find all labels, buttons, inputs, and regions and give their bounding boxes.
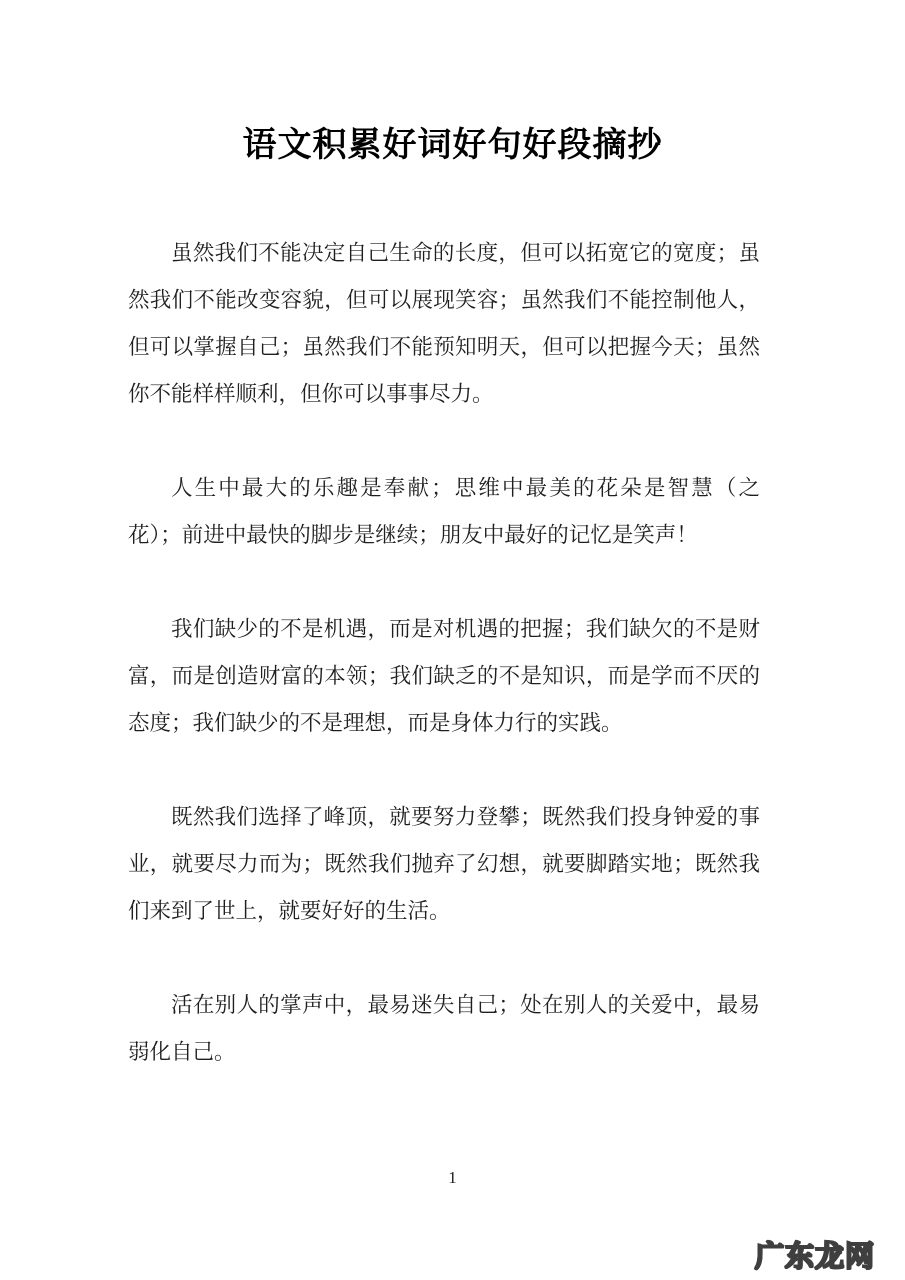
paragraph-1: 虽然我们不能决定自己生命的长度，但可以拓宽它的宽度；虽然我们不能改变容貌，但可以…	[128, 230, 760, 418]
document-title: 语文积累好词好句好段摘抄	[0, 126, 905, 164]
paragraph-4: 既然我们选择了峰顶，就要努力登攀；既然我们投身钟爱的事业，就要尽力而为；既然我们…	[128, 794, 760, 935]
page-number: 1	[0, 1168, 905, 1188]
paragraph-5: 活在别人的掌声中，最易迷失自己；处在别人的关爱中，最易弱化自己。	[128, 982, 760, 1076]
watermark: 广东龙网	[755, 1234, 875, 1275]
document-body: 虽然我们不能决定自己生命的长度，但可以拓宽它的宽度；虽然我们不能改变容貌，但可以…	[0, 230, 905, 1076]
paragraph-3: 我们缺少的不是机遇，而是对机遇的把握；我们缺欠的不是财富，而是创造财富的本领；我…	[128, 606, 760, 747]
document-page: 语文积累好词好句好段摘抄 虽然我们不能决定自己生命的长度，但可以拓宽它的宽度；虽…	[0, 0, 905, 1280]
paragraph-2: 人生中最大的乐趣是奉献；思维中最美的花朵是智慧（之花）；前进中最快的脚步是继续；…	[128, 465, 760, 559]
